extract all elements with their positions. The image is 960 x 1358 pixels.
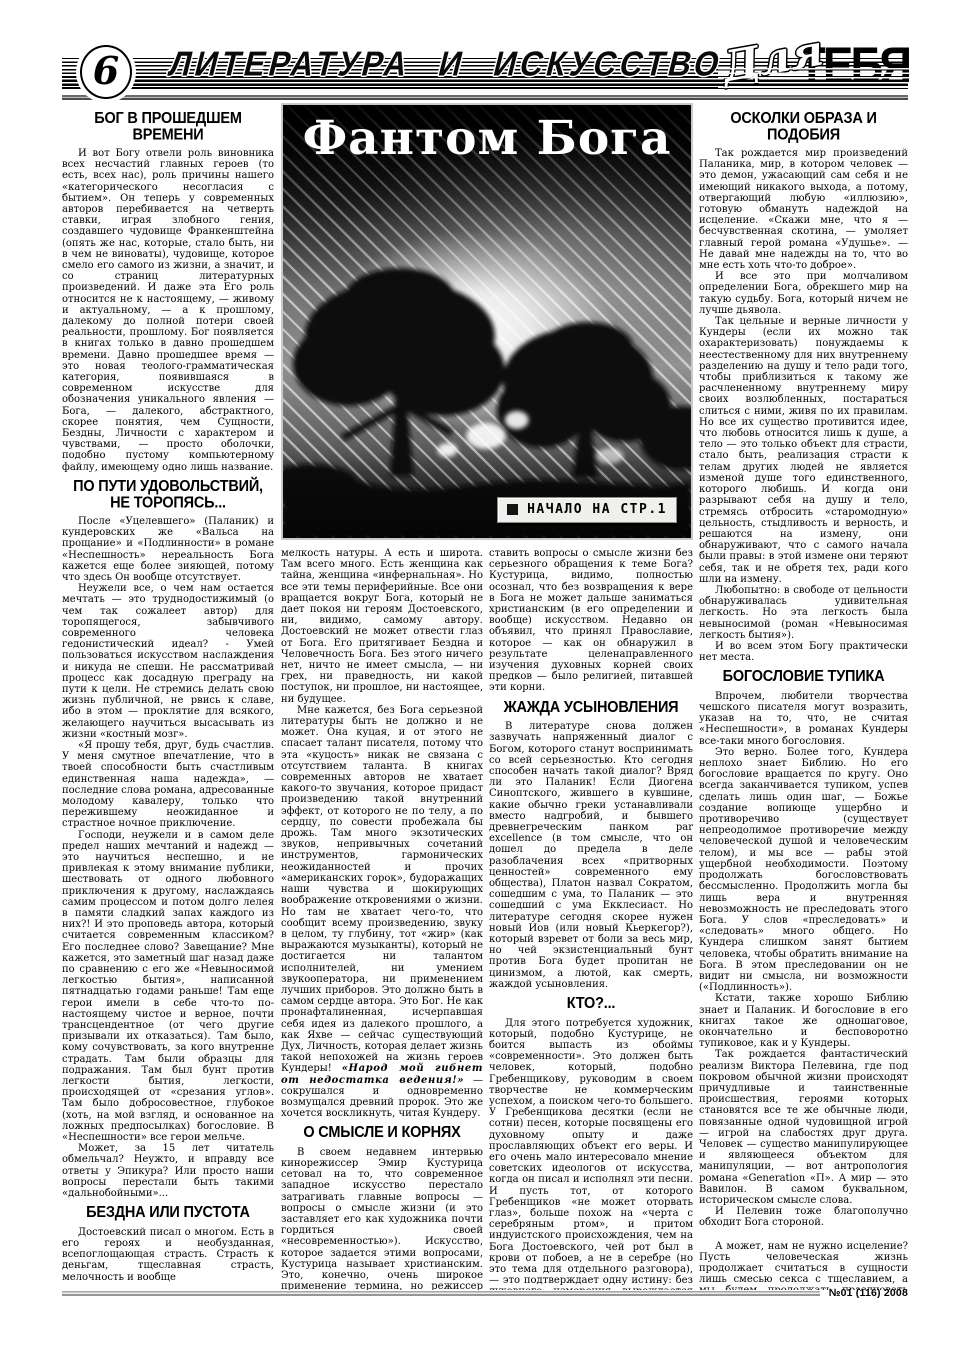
article-column-3: ставить вопросы о смысле жизни без серье… [489,548,693,1290]
article-paragraph: «Я прошу тебя, друг, будь счастлив. У ме… [62,740,274,830]
footer-rule [62,1291,820,1296]
article-paragraph: И во всем этом Богу практически нет мест… [699,641,908,663]
square-marker-icon [507,504,518,515]
page-number-badge: 6 [80,45,132,99]
article-heading: ОСКОЛКИ ОБРАЗА И ПОДОБИЯ [699,111,908,144]
article-paragraph: После «Уцелевшего» (Паланик) и кундеровс… [62,516,274,583]
section-title: ЛИТЕРАТУРА И ИСКУССТВО [166,46,695,81]
article-paragraph: Впрочем, любители творчества чешского пи… [699,691,908,747]
article-paragraph: Может, за 15 лет читатель обмельчал? Неу… [62,1143,274,1199]
article-heading: О СМЫСЛЕ И КОРНЯХ [281,1126,483,1142]
article-paragraph: Так цельные и верные личности у Кундеры … [699,316,908,585]
article-paragraph: В своем недавнем интервью кинорежиссер Э… [281,1147,483,1290]
continued-from-label: НАЧАЛО НА СТР.1 [527,502,667,517]
article-paragraph: Господи, неужели и в самом деле предел н… [62,830,274,1144]
article-paragraph: А может, нам не нужно исцеление? Пусть ч… [699,1241,908,1290]
article-heading: ПО ПУТИ УДОВОЛЬСТВИЙ, НЕ ТОРОПЯСЬ... [62,479,274,512]
article-heading: БЕЗДНА ИЛИ ПУСТОТА [62,1206,274,1222]
article-heading: КТО?... [489,997,693,1013]
article-paragraph: Так рождается фантастический реализм Вик… [699,1049,908,1206]
article-paragraph: мелкость натуры. А есть и широта. Там вс… [281,548,483,705]
photo-vignette [283,105,691,538]
feature-photo: Фантом Бога НАЧАЛО НА СТР.1 [281,103,693,540]
page-number: 6 [93,52,119,90]
article-paragraph: ставить вопросы о смысле жизни без серье… [489,548,693,694]
issue-number: №01 (116) 2008 [829,1287,908,1299]
article-heading: ЖАЖДА УСЫНОВЛЕНИЯ [489,700,693,716]
article-paragraph: Так рождается мир произведений Паланика,… [699,148,908,271]
continued-from-box: НАЧАЛО НА СТР.1 [497,497,677,523]
article-paragraph: И вот Богу отвели роль виновника всех не… [62,148,274,473]
article-paragraph: Кстати, также хорошо Библию знает и Пала… [699,993,908,1049]
article-paragraph: Достоевский писал о многом. Есть в его г… [62,1227,274,1283]
article-paragraph: И Пелевин тоже благополучно обходит Бога… [699,1206,908,1228]
article-heading: БОГ В ПРОШЕДШЕМ ВРЕМЕНИ [62,111,274,144]
article-column-2: мелкость натуры. А есть и широта. Там вс… [281,548,483,1290]
article-paragraph: Любопытно: в свободе от цельности обнару… [699,585,908,641]
article-paragraph: Это верно. Более того, Кундера неплохо з… [699,747,908,993]
newspaper-logo: ТЕБЯ Для [722,40,912,102]
article-paragraph: Мне кажется, без Бога серьезной литерату… [281,705,483,1120]
article-paragraph: В литературе снова должен зазвучать напр… [489,721,693,990]
article-column-1: БОГ В ПРОШЕДШЕМ ВРЕМЕНИ И вот Богу отвел… [62,110,274,1290]
article-main-title: Фантом Бога [283,113,691,165]
article-paragraph: И все это при молчаливом определении Бог… [699,271,908,316]
article-heading: БОГОСЛОВИЕ ТУПИКА [699,670,908,686]
article-column-4: ОСКОЛКИ ОБРАЗА И ПОДОБИЯ Так рождается м… [699,110,908,1290]
article-paragraph: Для этого потребуется художник, который,… [489,1018,693,1290]
paragraph-text: Мне кажется, без Бога серьезной литерату… [281,705,483,1075]
article-paragraph: Неужели все, о чем нам остается мечтать … [62,583,274,740]
